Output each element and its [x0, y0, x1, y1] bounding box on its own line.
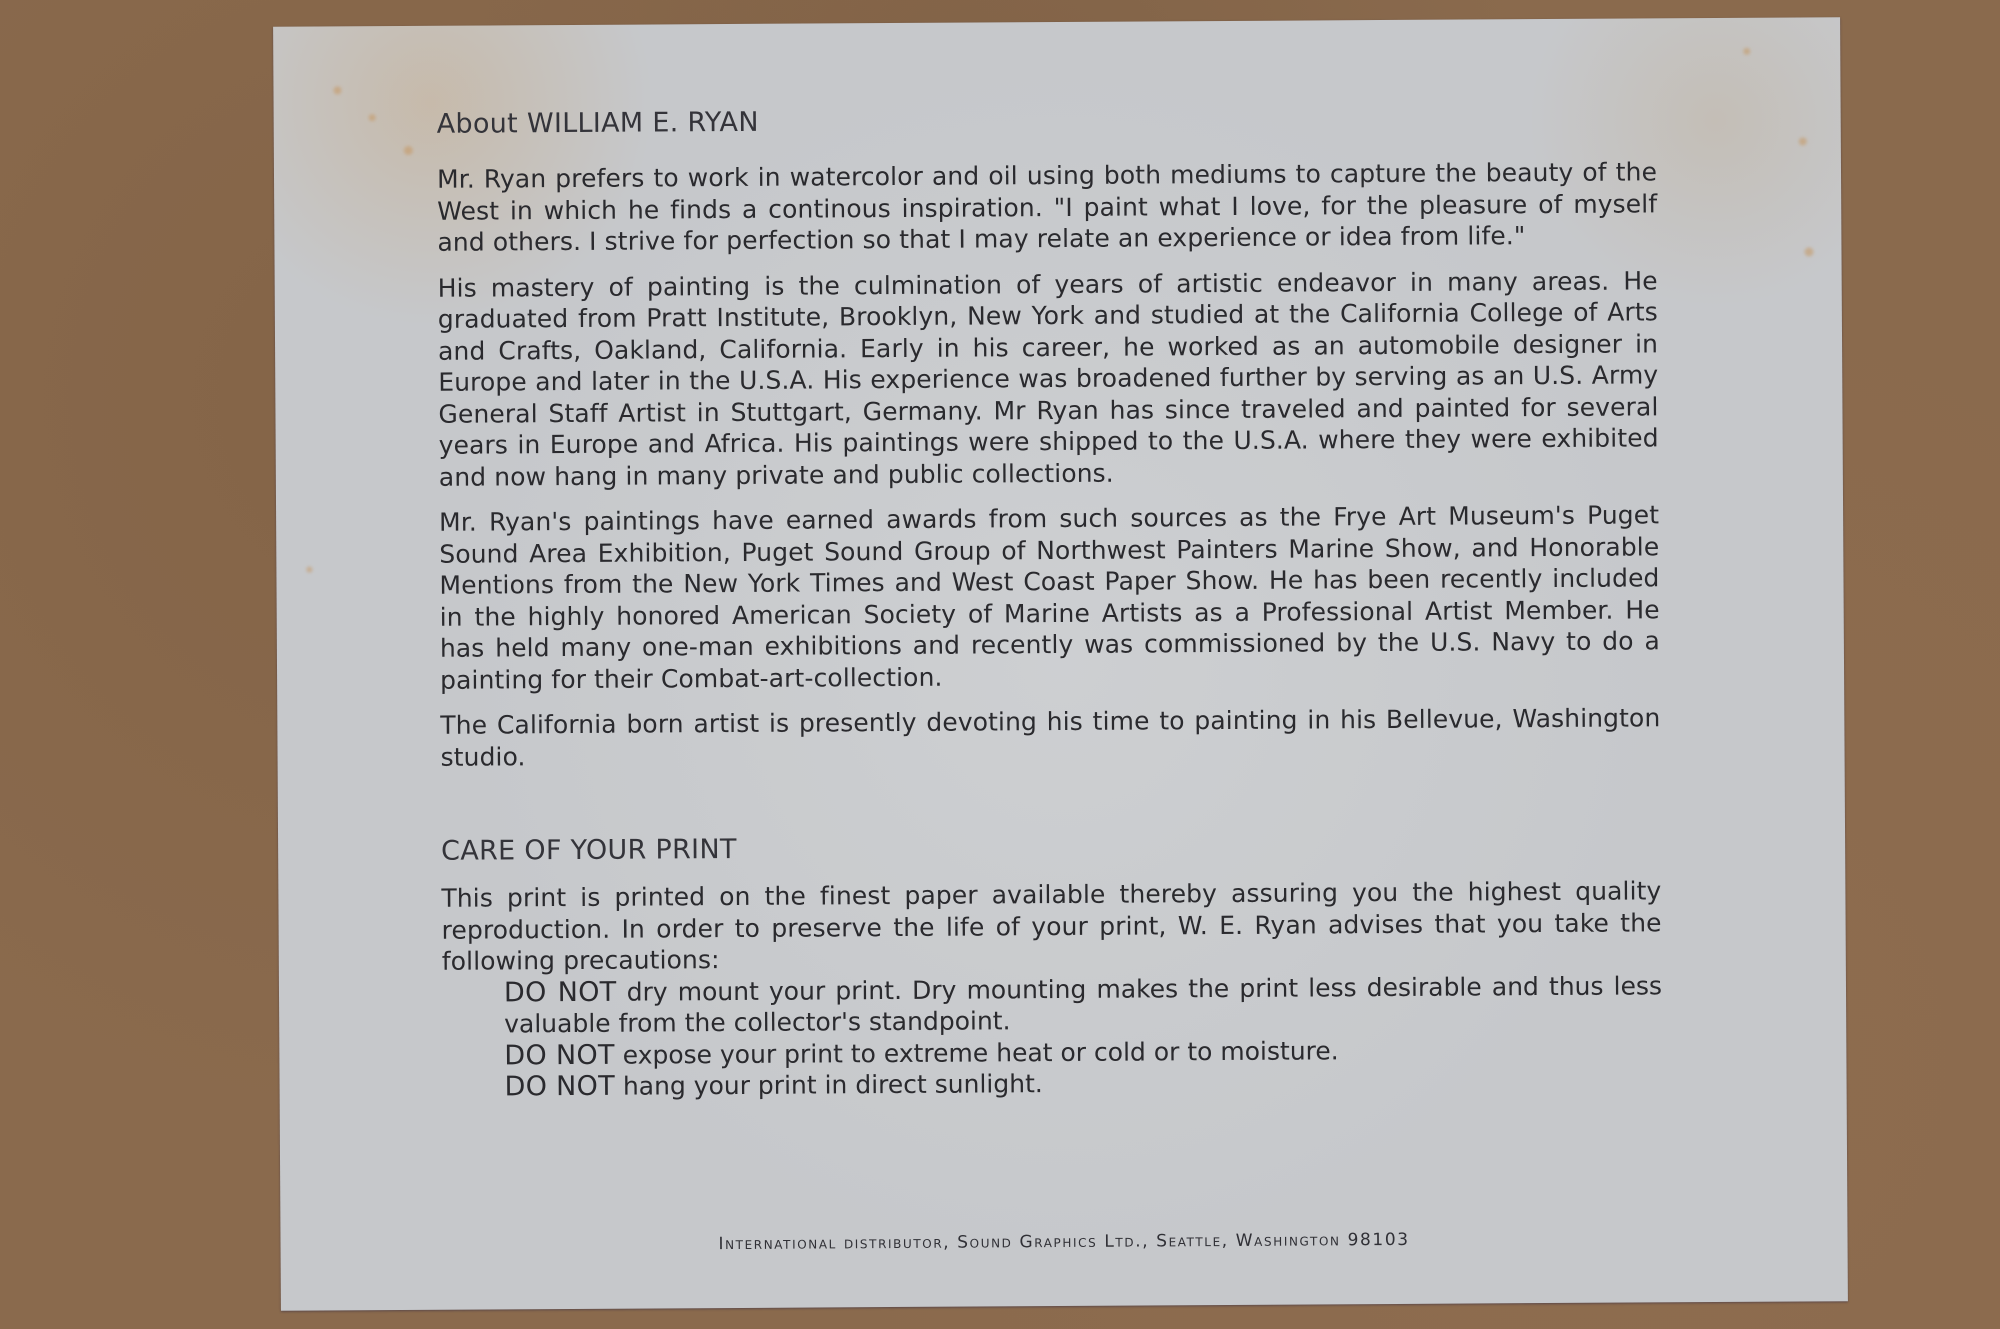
document-body: About WILLIAM E. RYAN Mr. Ryan prefers t…: [437, 100, 1663, 1103]
about-paragraph: Mr. Ryan prefers to work in watercolor a…: [437, 156, 1658, 258]
precaution-item: DO NOT hang your print in direct sunligh…: [504, 1064, 1662, 1103]
precaution-prefix: DO NOT: [504, 1039, 615, 1071]
foxing-spot: [404, 146, 413, 155]
foxing-spot: [1804, 247, 1813, 256]
care-intro: This print is printed on the finest pape…: [441, 875, 1662, 977]
about-paragraph: The California born artist is presently …: [440, 702, 1660, 772]
precaution-text: dry mount your print. Dry mounting makes…: [504, 971, 1662, 1039]
precaution-item: DO NOT dry mount your print. Dry mountin…: [504, 970, 1662, 1040]
about-heading: About WILLIAM E. RYAN: [437, 100, 1657, 141]
precaution-prefix: DO NOT: [504, 1071, 615, 1103]
foxing-spot: [306, 567, 312, 573]
about-paragraph: His mastery of painting is the culminati…: [438, 265, 1659, 493]
precaution-prefix: DO NOT: [504, 976, 617, 1008]
foxing-spot: [1743, 48, 1750, 55]
precautions-list: DO NOT dry mount your print. Dry mountin…: [442, 970, 1663, 1103]
foxing-spot: [1799, 137, 1807, 145]
about-paragraph: Mr. Ryan's paintings have earned awards …: [439, 499, 1660, 695]
precaution-text: expose your print to extreme heat or col…: [615, 1036, 1339, 1069]
distributor-footer: International distributor, Sound Graphic…: [280, 1227, 1847, 1257]
printed-sheet: About WILLIAM E. RYAN Mr. Ryan prefers t…: [273, 17, 1848, 1311]
foxing-spot: [333, 86, 341, 94]
care-heading: CARE OF YOUR PRINT: [441, 827, 1661, 868]
precaution-text: hang your print in direct sunlight.: [615, 1069, 1043, 1101]
foxing-spot: [369, 114, 376, 121]
